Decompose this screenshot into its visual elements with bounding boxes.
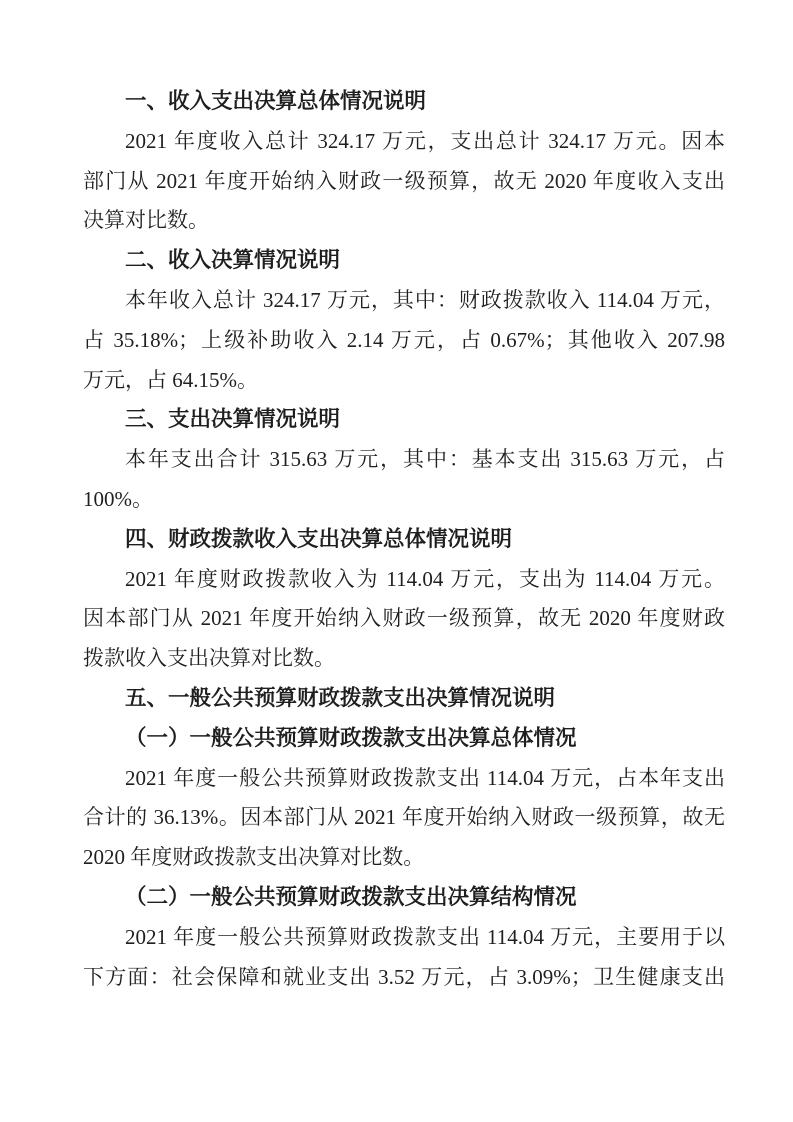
paragraph-line: 拨款收入支出决算对比数。 [83,639,725,679]
paragraph-line: 合计的 36.13%。因本部门从 2021 年度开始纳入财政一级预算，故无 [83,798,725,838]
section-heading: 二、收入决算情况说明 [83,241,725,281]
section-heading: 一、收入支出决算总体情况说明 [83,82,725,122]
paragraph-line: 占 35.18%；上级补助收入 2.14 万元，占 0.67%；其他收入 207… [83,321,725,361]
paragraph-line: 100%。 [83,480,725,520]
section-heading: 三、支出决算情况说明 [83,400,725,440]
document-body: 一、收入支出决算总体情况说明2021 年度收入总计 324.17 万元，支出总计… [83,0,725,997]
paragraph-line: 本年支出合计 315.63 万元，其中：基本支出 315.63 万元，占 [83,440,725,480]
subsection-heading: （一）一般公共预算财政拨款支出决算总体情况 [83,719,725,759]
paragraph-line: 2020 年度财政拨款支出决算对比数。 [83,838,725,878]
paragraph-line: 2021 年度财政拨款收入为 114.04 万元，支出为 114.04 万元。 [83,560,725,600]
paragraph-line: 2021 年度一般公共预算财政拨款支出 114.04 万元，占本年支出 [83,759,725,799]
paragraph-line: 2021 年度收入总计 324.17 万元，支出总计 324.17 万元。因本 [83,122,725,162]
paragraph-line: 下方面：社会保障和就业支出 3.52 万元，占 3.09%；卫生健康支出 [83,958,725,998]
subsection-heading: （二）一般公共预算财政拨款支出决算结构情况 [83,878,725,918]
paragraph-line: 万元，占 64.15%。 [83,361,725,401]
paragraph-line: 2021 年度一般公共预算财政拨款支出 114.04 万元，主要用于以 [83,918,725,958]
section-heading: 四、财政拨款收入支出决算总体情况说明 [83,520,725,560]
document-page: 一、收入支出决算总体情况说明2021 年度收入总计 324.17 万元，支出总计… [0,0,793,1122]
paragraph-line: 本年收入总计 324.17 万元，其中：财政拨款收入 114.04 万元， [83,281,725,321]
paragraph-line: 因本部门从 2021 年度开始纳入财政一级预算，故无 2020 年度财政 [83,599,725,639]
section-heading: 五、一般公共预算财政拨款支出决算情况说明 [83,679,725,719]
paragraph-line: 部门从 2021 年度开始纳入财政一级预算，故无 2020 年度收入支出 [83,162,725,202]
paragraph-line: 决算对比数。 [83,201,725,241]
